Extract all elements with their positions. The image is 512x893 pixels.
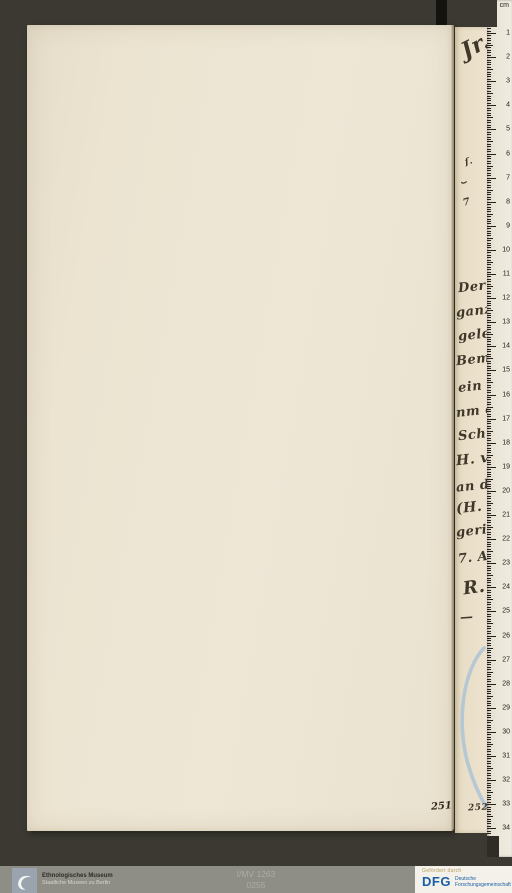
ruler-tick: [487, 182, 491, 183]
ruler-tick: [487, 549, 491, 550]
ruler-tick: [487, 390, 491, 391]
ruler-tick: [487, 761, 491, 762]
ruler-tick: [487, 166, 493, 167]
handwriting-fragment: H. vo: [455, 449, 488, 469]
ruler-tick: [487, 64, 491, 65]
ruler-tick: [487, 783, 491, 784]
ruler-tick: [487, 756, 496, 757]
blank-verso-page: 251: [27, 25, 454, 831]
ruler-tick: [487, 722, 491, 723]
ruler-tick: [487, 626, 491, 627]
ruler-tick: [487, 421, 491, 422]
ruler-tick: [487, 787, 491, 788]
ruler-tick: [487, 146, 491, 147]
ruler-tick: [487, 486, 491, 487]
ruler-number: 23: [502, 560, 510, 567]
ruler-tick: [487, 660, 496, 661]
ruler-tick: [487, 534, 491, 535]
ruler-tick: [487, 62, 491, 63]
ruler-tick: [487, 587, 496, 588]
ruler-tick: [487, 467, 496, 468]
ruler-tick: [487, 40, 491, 41]
ruler-tick: [487, 609, 491, 610]
ruler-tick: [487, 305, 491, 306]
ruler-tick: [487, 382, 493, 383]
ruler-tick: [487, 380, 491, 381]
ruler-tick: [487, 802, 491, 803]
ruler-number: 6: [506, 150, 510, 157]
ruler-tick: [487, 790, 491, 791]
ruler-number: 27: [502, 656, 510, 663]
handwriting-fragment: Jr.: [457, 28, 488, 64]
ruler-tick: [487, 633, 491, 634]
ruler-number: 11: [503, 271, 510, 278]
ruler-tick: [487, 667, 491, 668]
ruler-tick: [487, 115, 491, 116]
ruler-tick: [487, 67, 491, 68]
ruler-tick: [487, 216, 491, 217]
ruler-tick: [487, 720, 493, 721]
ruler-tick: [487, 301, 491, 302]
ruler-number: 5: [506, 126, 510, 133]
ruler-tick: [487, 708, 496, 709]
ruler-tick: [487, 780, 496, 781]
ruler-tick: [487, 621, 491, 622]
handwriting-fragment: ſ.: [464, 156, 474, 168]
ruler-tick: [487, 57, 496, 58]
ruler-tick: [487, 31, 491, 32]
ruler-tick: [487, 754, 491, 755]
ruler-tick: [487, 575, 493, 576]
ruler-tick: [487, 582, 491, 583]
ruler-tick: [487, 245, 491, 246]
ruler-tick: [487, 819, 491, 820]
ruler-tick: [487, 168, 491, 169]
ruler-tick: [487, 190, 493, 191]
ruler-tick: [487, 744, 493, 745]
ruler-tick: [487, 799, 491, 800]
ruler-tick: [487, 288, 491, 289]
ruler-tick: [487, 616, 491, 617]
ruler-tick: [487, 645, 491, 646]
ruler-tick: [487, 597, 491, 598]
ruler-tick: [487, 113, 491, 114]
ruler-tick: [487, 110, 491, 111]
ruler-tick: [487, 419, 496, 420]
handwriting-fragment: an d: [455, 477, 488, 495]
ruler-number: 14: [502, 343, 510, 350]
ruler-tick: [487, 134, 491, 135]
ruler-tick: [487, 763, 491, 764]
ruler-tick: [487, 194, 491, 195]
ruler-tick: [487, 154, 496, 155]
dfg-name-line2: Forschungsgemeinschaft: [455, 882, 511, 888]
page-number: 251: [431, 800, 453, 812]
ruler-tick: [487, 440, 491, 441]
ruler-tick: [487, 310, 493, 311]
ruler-tick: [487, 238, 493, 239]
ruler-tick: [487, 631, 491, 632]
ruler-tick: [487, 476, 491, 477]
ruler-tick: [487, 50, 491, 51]
ruler-tick: [487, 713, 491, 714]
ruler-tick: [487, 510, 491, 511]
ruler-tick: [487, 260, 491, 261]
ruler-tick: [487, 411, 491, 412]
ruler-number: 1: [506, 30, 510, 37]
ruler-tick: [487, 226, 496, 227]
ruler-tick: [487, 568, 491, 569]
footer-band: Ethnologisches Museum Staatliche Museen …: [0, 866, 512, 893]
ruler-tick: [487, 322, 496, 323]
ruler-number: 34: [502, 825, 510, 832]
ruler-tick: [487, 100, 491, 101]
ruler-tick: [487, 742, 491, 743]
ruler-tick: [487, 696, 493, 697]
ruler-tick: [487, 103, 491, 104]
ruler-tick: [487, 701, 491, 702]
ruler-tick: [487, 679, 491, 680]
ruler-tick: [487, 197, 491, 198]
ruler-tick: [487, 149, 491, 150]
ruler-tick: [487, 308, 491, 309]
ruler-tick: [487, 448, 491, 449]
handwriting-fragment: (H. G: [455, 497, 488, 518]
ruler-number: 3: [506, 78, 510, 85]
ruler-tick: [487, 828, 496, 829]
ruler-tick: [487, 472, 491, 473]
ruler-tick: [487, 669, 491, 670]
ruler-tick: [487, 298, 496, 299]
ruler-tick: [487, 329, 491, 330]
ruler-tick: [487, 573, 491, 574]
handwriting-fragment: ein c: [457, 377, 488, 396]
ruler-tick: [487, 47, 491, 48]
ruler-tick: [487, 580, 491, 581]
ruler-tick: [487, 202, 496, 203]
ruler-tick: [487, 652, 491, 653]
ruler-number: 7: [506, 174, 510, 181]
ruler-tick: [487, 387, 491, 388]
ruler-tick: [487, 648, 493, 649]
ruler-tick: [487, 532, 491, 533]
ruler-tick: [487, 219, 491, 220]
ruler-tick: [487, 125, 491, 126]
ruler-tick: [487, 170, 491, 171]
ruler-number: 18: [502, 439, 510, 446]
ruler-tick: [487, 178, 496, 179]
ruler-tick: [487, 433, 491, 434]
ruler-tick: [487, 404, 491, 405]
ruler-tick: [487, 705, 491, 706]
ruler-tick: [487, 122, 491, 123]
ruler-tick: [487, 527, 493, 528]
ruler-tick: [487, 151, 491, 152]
ruler-number: 19: [502, 463, 510, 470]
ruler-tick: [487, 496, 491, 497]
ruler-tick: [487, 674, 491, 675]
handwriting-fragment: Der G: [457, 277, 488, 297]
handwriting-fragment: —: [459, 610, 474, 626]
ruler-tick: [487, 247, 491, 248]
ruler-tick: [487, 773, 491, 774]
ruler-tick: [487, 484, 491, 485]
ruler-tick: [487, 804, 496, 805]
ruler-tick: [487, 481, 491, 482]
ruler-number: 2: [506, 54, 510, 61]
ruler-tick: [487, 296, 491, 297]
ruler-tick: [487, 452, 491, 453]
ruler-tick: [487, 127, 491, 128]
ruler-tick: [487, 792, 493, 793]
ruler-tick: [487, 607, 491, 608]
ruler-number: 10: [502, 246, 510, 253]
ruler-tick: [487, 464, 491, 465]
ruler-tick: [487, 522, 491, 523]
ruler-number: 20: [502, 487, 510, 494]
ruler-tick: [487, 96, 491, 97]
ruler-tick: [487, 638, 491, 639]
ruler-number: 17: [502, 415, 510, 422]
ruler-tick: [487, 590, 491, 591]
ruler-tick: [487, 231, 491, 232]
handwriting-fragment: R.: [462, 576, 487, 600]
ruler-tick: [487, 281, 491, 282]
ruler-number: 15: [502, 367, 510, 374]
ruler-tick: [487, 729, 491, 730]
ruler-tick: [487, 623, 493, 624]
ruler-tick: [487, 60, 491, 61]
ruler-tick: [487, 397, 491, 398]
ruler-tick: [487, 445, 491, 446]
ruler-tick: [487, 204, 491, 205]
ruler-tick: [487, 76, 491, 77]
ruler-tick: [487, 158, 491, 159]
handwriting-fragment: ⌣: [459, 177, 468, 189]
ruler-tick: [487, 585, 491, 586]
ruler-tick: [487, 715, 491, 716]
ruler-tick: [487, 385, 491, 386]
ruler-tick: [487, 392, 491, 393]
ruler-number: 16: [502, 391, 510, 398]
ruler-tick: [487, 69, 493, 70]
ruler-tick: [487, 402, 491, 403]
ruler-tick: [487, 141, 493, 142]
ruler-tick: [487, 797, 491, 798]
ruler-tick: [487, 156, 491, 157]
ruler-tick: [487, 199, 491, 200]
handwriting-fragment: gelegt: [457, 324, 488, 344]
funding-credit: Gefördert durch DFG Deutsche Forschungsg…: [415, 866, 512, 893]
ruler-tick: [487, 221, 491, 222]
ruler-tick: [487, 505, 491, 506]
ruler-tick: [487, 498, 491, 499]
ruler-tick: [487, 284, 491, 285]
ruler-tick: [487, 544, 491, 545]
ruler-tick: [487, 187, 491, 188]
ruler-tick: [487, 223, 491, 224]
ruler-tick: [487, 28, 491, 29]
ruler-tick: [487, 274, 496, 275]
ruler-tick: [487, 578, 491, 579]
ruler-tick: [487, 563, 496, 564]
ruler-tick: [487, 341, 491, 342]
dfg-logo: DFG: [422, 875, 451, 888]
ruler-tick: [487, 546, 491, 547]
ruler-tick: [487, 368, 491, 369]
ruler-tick: [487, 52, 491, 53]
ruler-tick: [487, 703, 491, 704]
ruler-tick: [487, 619, 491, 620]
bookmark-ribbon: [436, 0, 447, 26]
ruler-tick: [487, 821, 491, 822]
ruler-tick: [487, 431, 493, 432]
handwriting-fragment: 252: [468, 802, 488, 813]
ruler-tick: [487, 766, 491, 767]
ruler-tick: [487, 378, 491, 379]
ruler-tick: [487, 86, 491, 87]
ruler-tick: [487, 602, 491, 603]
ruler-tick: [487, 640, 491, 641]
blue-crayon-mark: [455, 642, 488, 817]
ruler-tick: [487, 91, 491, 92]
ruler-tick: [487, 272, 491, 273]
ruler-tick: [487, 469, 491, 470]
ruler-tick: [487, 211, 491, 212]
handwriting-fragment: nm c: [455, 402, 488, 421]
handwriting-fragment: 7: [462, 196, 472, 208]
ruler-tick: [487, 45, 493, 46]
ruler-tick: [487, 734, 491, 735]
ruler-tick: [487, 749, 491, 750]
ruler-tick: [487, 356, 491, 357]
ruler-tick: [487, 457, 491, 458]
ruler-tick: [487, 710, 491, 711]
ruler-number: 4: [506, 102, 510, 109]
ruler-tick: [487, 785, 491, 786]
ruler-tick: [487, 409, 491, 410]
ruler-tick: [487, 426, 491, 427]
ruler-tick: [487, 727, 491, 728]
ruler-tick: [487, 556, 491, 557]
ruler-tick: [487, 161, 491, 162]
ruler-tick: [487, 672, 493, 673]
ruler-tick: [487, 293, 491, 294]
ruler-tick: [487, 450, 491, 451]
ruler-tick: [487, 525, 491, 526]
ruler-tick: [487, 137, 491, 138]
ruler-tick: [487, 399, 491, 400]
ruler-tick: [487, 599, 493, 600]
ruler-tick: [487, 686, 491, 687]
ruler-tick: [487, 192, 491, 193]
ruler-tick: [487, 373, 491, 374]
ruler-tick: [487, 816, 493, 817]
ruler-tick: [487, 35, 491, 36]
ruler-tick: [487, 209, 491, 210]
ruler-top-shadow: [487, 0, 497, 27]
ruler-tick: [487, 737, 491, 738]
ruler-tick: [487, 551, 493, 552]
ruler-tick: [487, 327, 491, 328]
handwriting-fragment: gerich: [455, 520, 488, 540]
ruler-tick: [487, 108, 491, 109]
ruler-tick: [487, 33, 496, 34]
ruler-tick: [487, 320, 491, 321]
ruler-tick: [487, 315, 491, 316]
ruler-tick: [487, 139, 491, 140]
ruler-tick: [487, 375, 491, 376]
ruler-tick: [487, 93, 493, 94]
handwriting-fragment: Schul: [457, 425, 488, 444]
ruler-tick: [487, 358, 493, 359]
ruler-tick: [487, 503, 493, 504]
ruler-tick: [487, 286, 493, 287]
ruler-tick: [487, 120, 491, 121]
ruler-tick: [487, 795, 491, 796]
ruler-tick: [487, 43, 491, 44]
ruler-tick: [487, 180, 491, 181]
ruler-tick: [487, 725, 491, 726]
ruler-number: 24: [502, 584, 510, 591]
ruler-number: 13: [502, 319, 510, 326]
ruler-tick: [487, 233, 491, 234]
ruler-tick: [487, 604, 491, 605]
ruler-tick: [487, 537, 491, 538]
ruler-tick: [487, 98, 491, 99]
ruler-tick: [487, 370, 496, 371]
handwriting-fragment: ganz: [455, 302, 488, 321]
ruler-number: 31: [502, 753, 510, 760]
ruler-tick: [487, 455, 493, 456]
ruler-tick: [487, 529, 491, 530]
ruler-tick: [487, 250, 496, 251]
ruler-tick: [487, 823, 491, 824]
ruler-tick: [487, 558, 491, 559]
ruler-tick: [487, 655, 491, 656]
ruler-tick: [487, 554, 491, 555]
ruler-tick: [487, 628, 491, 629]
ruler-tick: [487, 520, 491, 521]
ruler-tick: [487, 491, 496, 492]
ruler-bottom-shadow: [487, 836, 499, 857]
ruler-tick: [487, 291, 491, 292]
ruler-tick: [487, 570, 491, 571]
ruler-tick: [487, 257, 491, 258]
ruler-tick: [487, 826, 491, 827]
ruler-tick: [487, 462, 491, 463]
ruler-tick: [487, 662, 491, 663]
ruler-tick: [487, 566, 491, 567]
ruler-tick: [487, 513, 491, 514]
ruler-tick: [487, 681, 491, 682]
ruler-tick: [487, 561, 491, 562]
ruler-tick: [487, 770, 491, 771]
ruler-tick: [487, 732, 496, 733]
ruler-tick: [487, 542, 491, 543]
ruler-tick: [487, 84, 491, 85]
next-page-edge: Jr.ſ.⌣7Der GganzgelegtBemeein cnm cSchul…: [455, 27, 488, 833]
ruler-tick: [487, 611, 496, 612]
ruler-tick: [487, 693, 491, 694]
ruler-tick: [487, 657, 491, 658]
ruler: 1234567891011121314151617181920212223242…: [487, 0, 512, 857]
ruler-tick: [487, 684, 496, 685]
ruler-tick: [487, 809, 491, 810]
ruler-tick: [487, 691, 491, 692]
handwriting-fragment: 7. Ap: [457, 548, 488, 567]
ruler-tick: [487, 351, 491, 352]
